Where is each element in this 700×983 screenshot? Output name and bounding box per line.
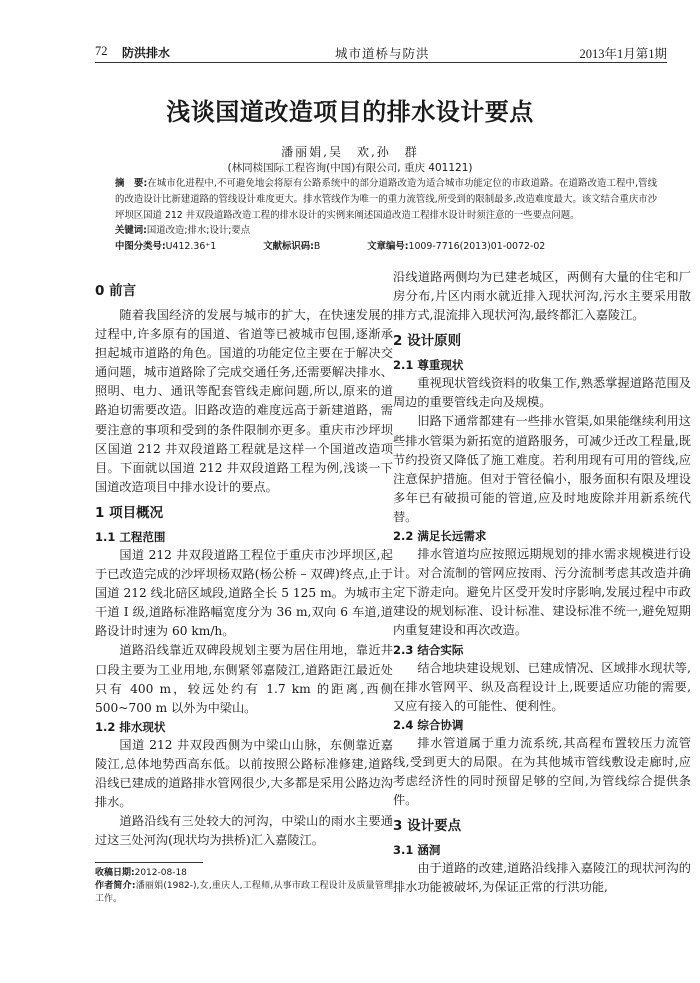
paragraph: 重视现状管线资料的收集工作,熟悉掌握道路范围及周边的重要管线走向及规模。 <box>393 374 691 412</box>
received-date: 2012-08-18 <box>135 868 187 878</box>
footnote-divider <box>95 862 203 863</box>
subsection-heading: 2.3 结合实际 <box>393 641 691 659</box>
affiliation: (林同棪国际工程咨询(中国)有限公司, 重庆 401121) <box>0 160 700 175</box>
clc-value: U412.36⁺1 <box>166 241 217 252</box>
paragraph: 随着我国经济的发展与城市的扩大，在快速发展的过程中,许多原有的国道、省道等已被城… <box>95 306 393 497</box>
received-label: 收稿日期: <box>95 868 135 878</box>
doc-code-label: 文献标识码: <box>263 241 314 252</box>
article-no-value: 1009-7716(2013)01-0072-02 <box>409 241 546 252</box>
subsection-heading: 1.1 工程范围 <box>95 528 393 546</box>
section-heading: 3 设计要点 <box>393 816 691 836</box>
paragraph: 由于道路的改建,道路沿线排入嘉陵江的现状河沟的排水功能被破坏,为保证正常的行洪功… <box>393 859 691 897</box>
paragraph: 国道 212 井双段道路工程位于重庆市沙坪坝区,起于已改造完成的沙坪坝杨双路(杨… <box>95 546 393 641</box>
subsection-heading: 1.2 排水现状 <box>95 718 393 736</box>
subsection-heading: 3.1 涵洞 <box>393 841 691 859</box>
left-column: 0 前言 随着我国经济的发展与城市的扩大，在快速发展的过程中,许多原有的国道、省… <box>95 275 393 906</box>
author-bio-label: 作者简介: <box>95 881 135 891</box>
section-heading: 0 前言 <box>95 281 393 301</box>
keywords-label: 关键词: <box>115 225 147 236</box>
page-number: 72 <box>95 44 108 59</box>
right-column: 沿线道路两侧均为已建老城区，两侧有大量的住宅和厂房分布,片区内雨水就近排入现状河… <box>393 268 691 897</box>
section-heading: 2 设计原则 <box>393 331 691 351</box>
subsection-heading: 2.1 尊重现状 <box>393 356 691 374</box>
paragraph: 道路沿线有三处较大的河沟，中梁山的雨水主要通过这三处河沟(现状均为拱桥)汇入嘉陵… <box>95 812 393 850</box>
paragraph: 结合地块建设规划、已建成情况、区域排水现状等,在排水管网平、纵及高程设计上,既要… <box>393 659 691 716</box>
paragraph: 国道 212 井双段西侧为中梁山山脉，东侧靠近嘉陵江,总体地势西高东低。以前按照… <box>95 736 393 812</box>
paragraph: 旧路下通常都建有一些排水管渠,如果能继续利用这些排水管渠为新拓宽的道路服务，可减… <box>393 412 691 527</box>
abstract-label: 摘 要: <box>115 178 147 189</box>
doc-code-value: B <box>314 241 320 252</box>
abstract: 摘 要:在城市化进程中,不可避免地会将原有公路系统中的部分道路改造为适合城市功能… <box>115 176 657 223</box>
issue-info: 2013年1月第1期 <box>579 44 667 62</box>
abstract-block: 摘 要:在城市化进程中,不可避免地会将原有公路系统中的部分道路改造为适合城市功能… <box>115 176 657 255</box>
paragraph: 道路沿线靠近双碑段规划主要为居住用地，靠近井口段主要为工业用地,东侧紧邻嘉陵江,… <box>95 641 393 717</box>
subsection-heading: 2.4 综合协调 <box>393 716 691 734</box>
subsection-heading: 2.2 满足长远需求 <box>393 527 691 545</box>
author-bio: 潘丽娟(1982-),女,重庆人,工程师,从事市政工程设计及质量管理工作。 <box>95 881 393 904</box>
paragraph: 排水管道均应按照远期规划的排水需求规模进行设计。对合流制的管网应按雨、污分流制考… <box>393 545 691 640</box>
authors: 潘丽娟,吴 欢,孙 群 <box>0 143 700 160</box>
classification-line: 中图分类号:U412.36⁺1 文献标识码:B 文章编号:1009-7716(2… <box>115 239 657 255</box>
clc-label: 中图分类号: <box>115 241 166 252</box>
paragraph: 沿线道路两侧均为已建老城区，两侧有大量的住宅和厂房分布,片区内雨水就近排入现状河… <box>393 268 691 325</box>
journal-name: 城市道桥与防洪 <box>335 44 430 62</box>
section-name: 防洪排水 <box>122 44 170 61</box>
abstract-text: 在城市化进程中,不可避免地会将原有公路系统中的部分道路改造为适合城市功能定位的市… <box>115 178 657 221</box>
section-heading: 1 项目概况 <box>95 503 393 523</box>
article-no-label: 文章编号: <box>367 241 408 252</box>
running-header: 72 防洪排水 城市道桥与防洪 2013年1月第1期 <box>95 42 667 63</box>
keywords: 关键词:国道改造;排水;设计;要点 <box>115 223 657 239</box>
article-title: 浅谈国道改造项目的排水设计要点 <box>0 92 700 127</box>
paragraph: 排水管道属于重力流系统,其高程布置较压力流管线,受到更大的局限。在为其他城市管线… <box>393 734 691 810</box>
footnote: 收稿日期:2012-08-18 作者简介:潘丽娟(1982-),女,重庆人,工程… <box>95 867 393 906</box>
keywords-text: 国道改造;排水;设计;要点 <box>147 225 250 236</box>
